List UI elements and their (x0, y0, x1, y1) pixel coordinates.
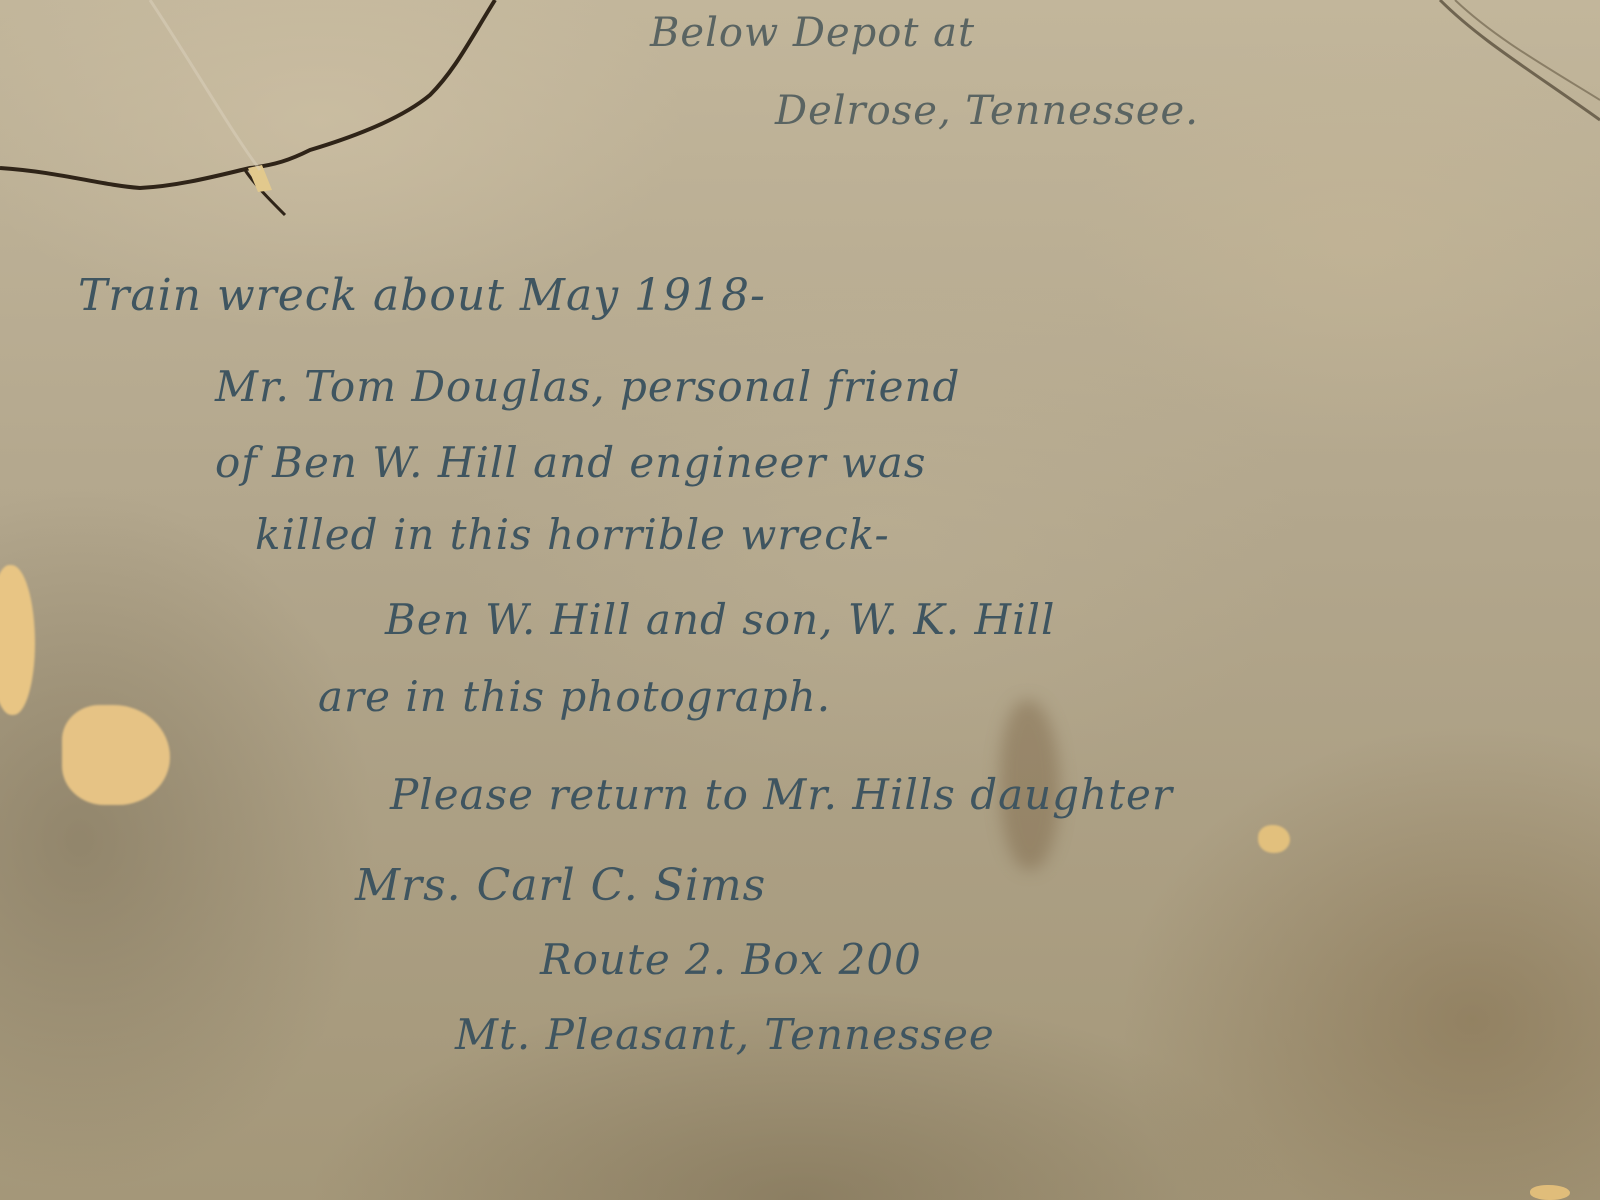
body-line: Mr. Tom Douglas, personal friend (215, 362, 960, 411)
body-line: killed in this horrible wreck- (255, 510, 890, 559)
header-line-2: Delrose, Tennessee. (775, 88, 1199, 134)
handwritten-note: Below Depot at Delrose, Tennessee. Train… (0, 0, 1600, 1200)
header-line-1: Below Depot at (650, 10, 975, 56)
address-route: Route 2. Box 200 (540, 935, 922, 984)
note-title: Train wreck about May 1918- (78, 270, 766, 321)
address-city: Mt. Pleasant, Tennessee (455, 1010, 995, 1059)
body-line: of Ben W. Hill and engineer was (215, 438, 926, 487)
body-line: are in this photograph. (318, 672, 831, 721)
body-line: Ben W. Hill and son, W. K. Hill (385, 595, 1055, 644)
address-name: Mrs. Carl C. Sims (355, 860, 766, 911)
body-line: Please return to Mr. Hills daughter (390, 770, 1173, 819)
